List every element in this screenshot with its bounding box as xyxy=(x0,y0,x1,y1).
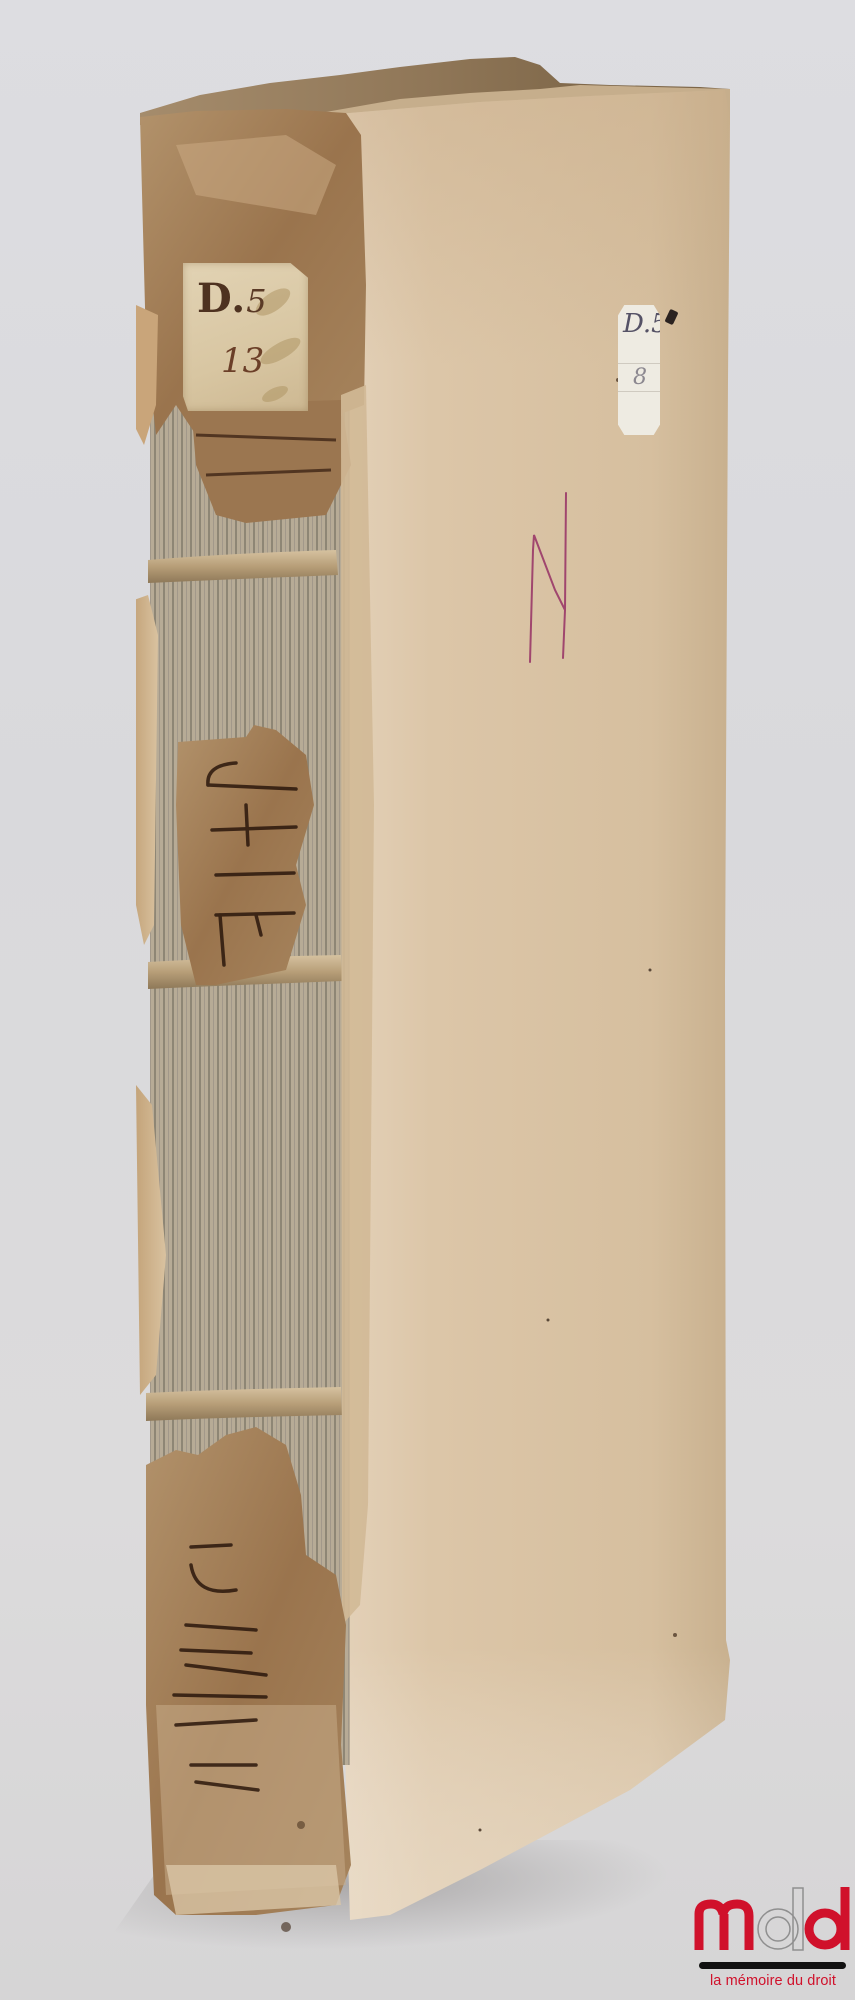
mdd-wordmark xyxy=(693,1884,853,1954)
spine-shelf-label: D.5 13 xyxy=(183,263,308,411)
logo-underline xyxy=(699,1962,846,1969)
spine-label-line2: 13 xyxy=(221,341,264,381)
logo-tagline: la mémoire du droit xyxy=(693,1973,853,1989)
mdd-logo: la mémoire du droit xyxy=(693,1884,853,1994)
cover-shelf-label: D.5 8 xyxy=(618,305,660,435)
spine-label-line1: D.5 xyxy=(197,275,268,322)
cover-label-line2: 8 xyxy=(633,365,647,390)
front-cover xyxy=(330,80,740,1930)
